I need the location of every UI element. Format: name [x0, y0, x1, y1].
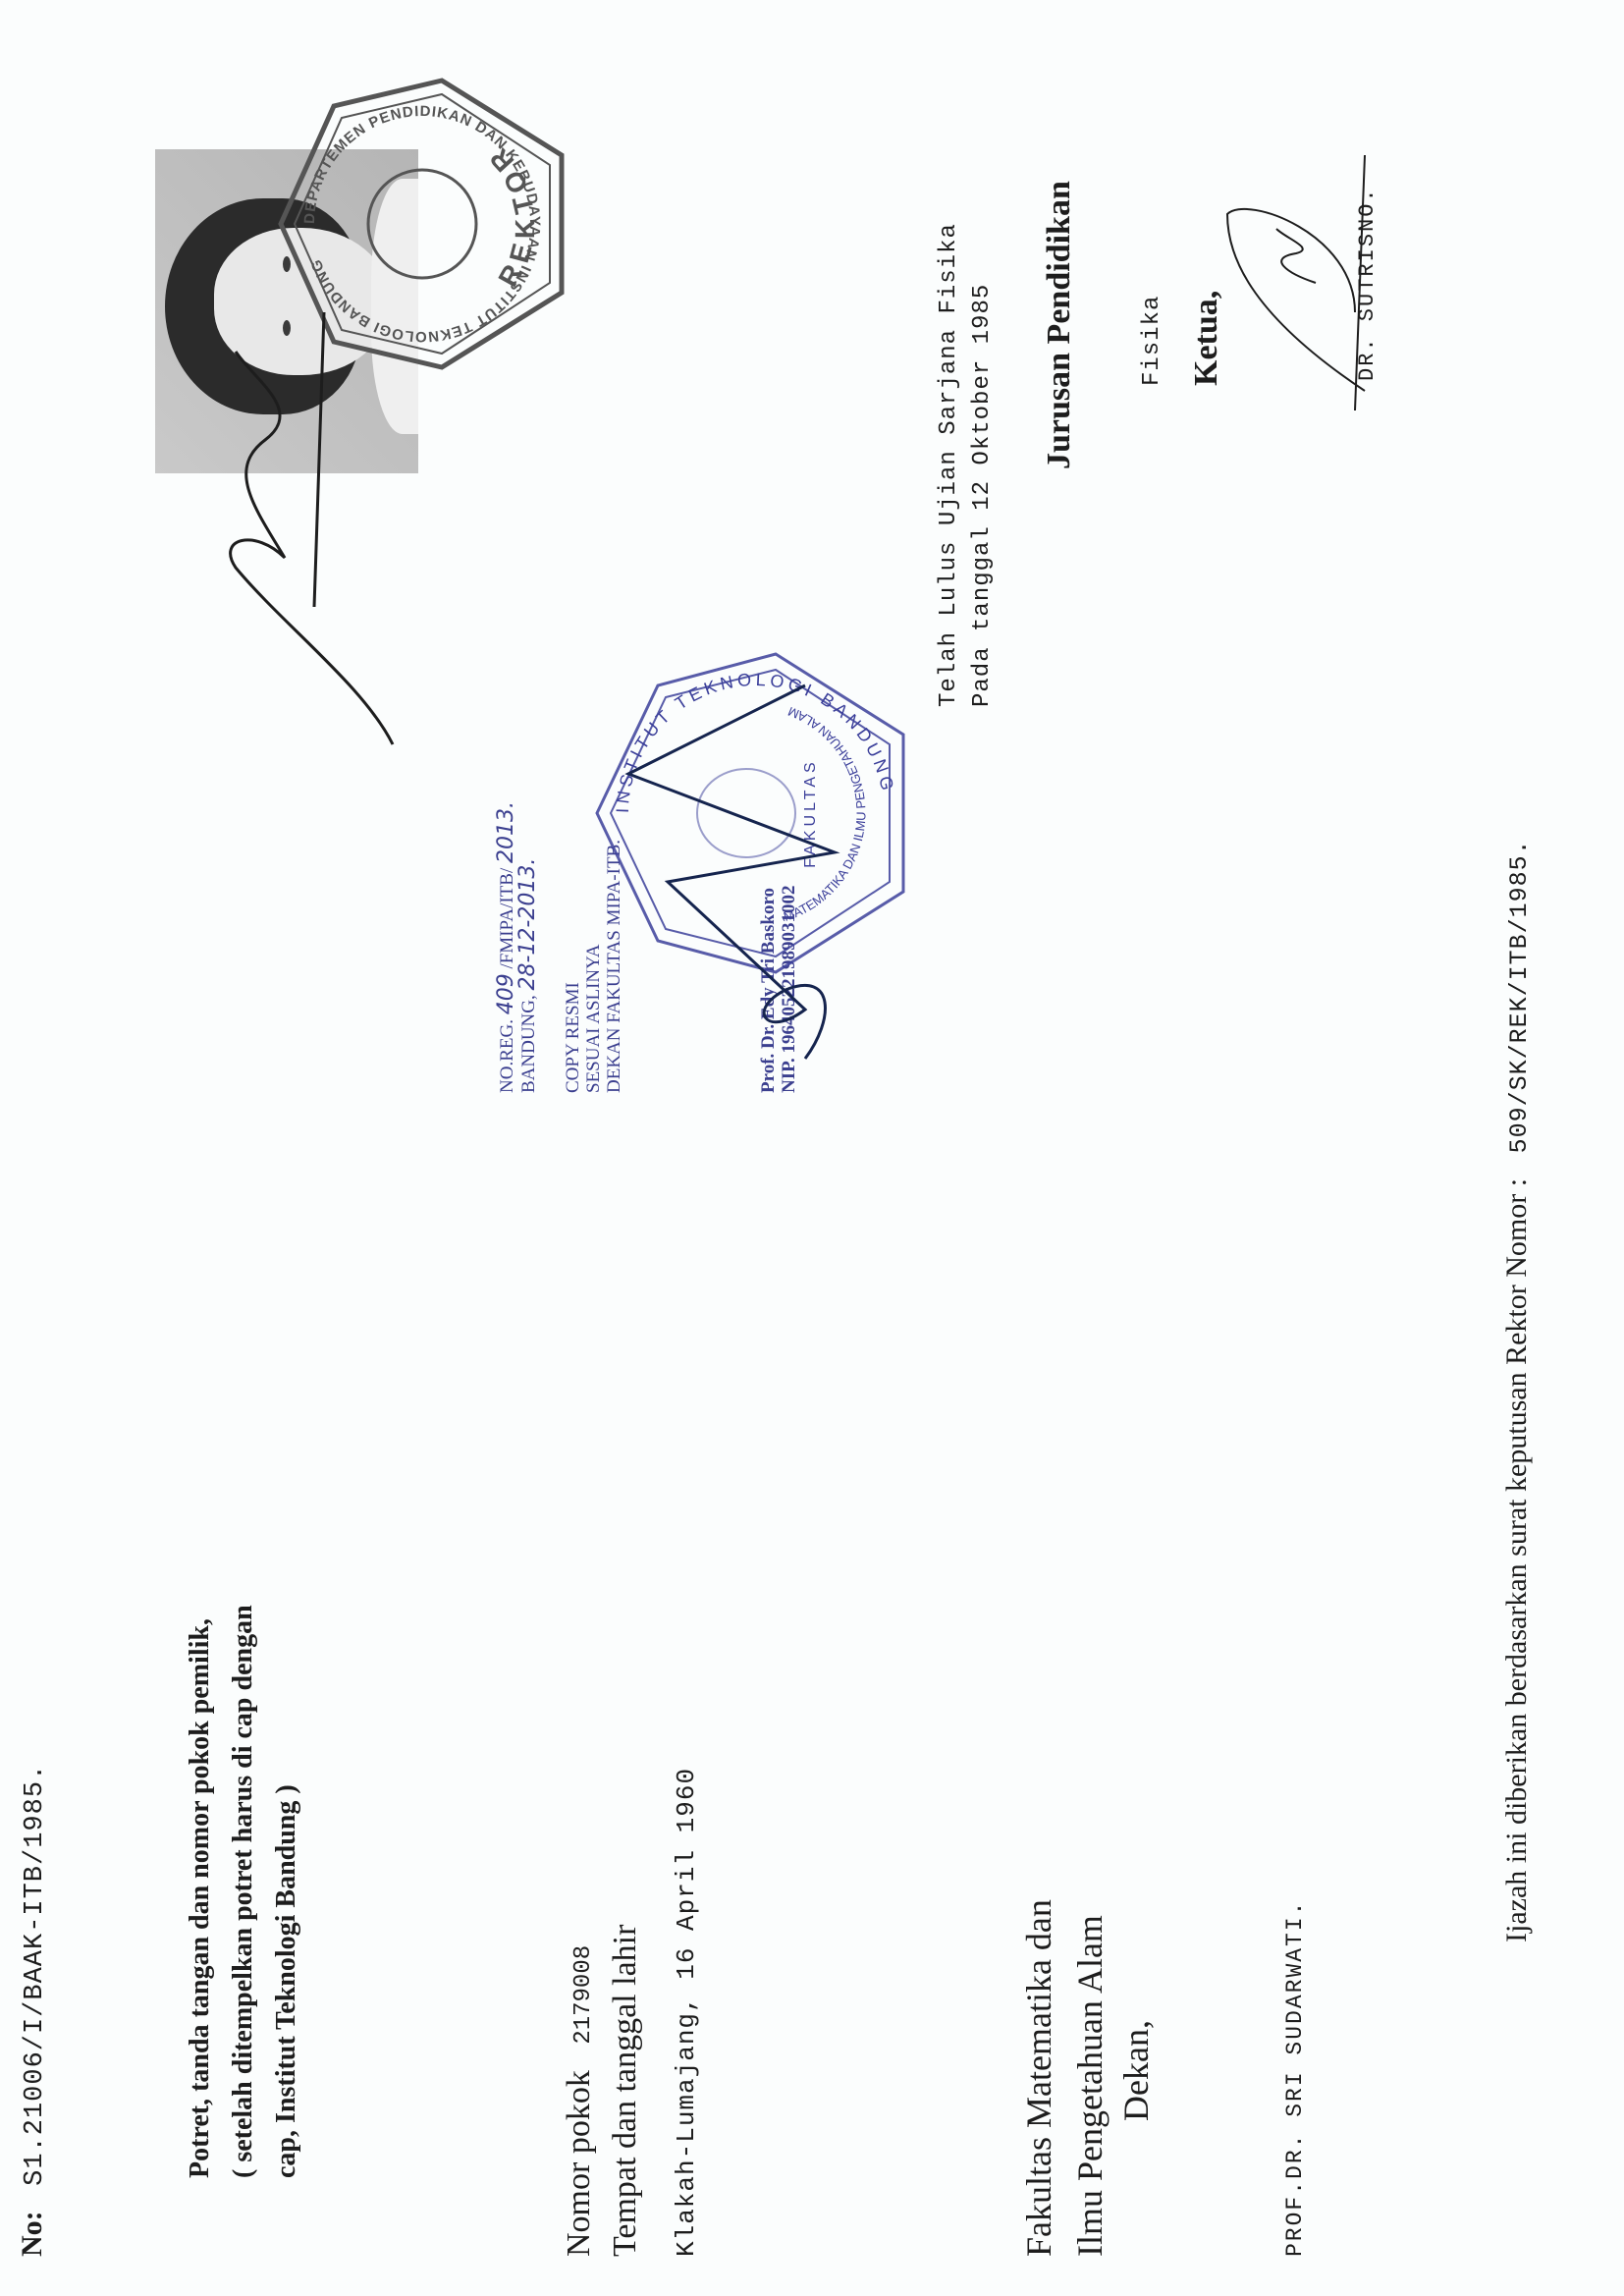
photo-caption: Potret, tanda tangan dan nomor pokok pem… [179, 1605, 308, 2178]
rector-stamp-label: REKTOR [478, 137, 540, 292]
birth-value: Klakah-Lumajang, 16 April 1960 [672, 1768, 701, 2257]
photo-caption-line: Potret, tanda tangan dan nomor pokok pem… [179, 1605, 222, 2178]
chair-signature [1208, 116, 1384, 430]
legalization-city: BANDUNG, [518, 995, 539, 1093]
department-label: Jurusan Pendidikan [1041, 181, 1078, 469]
faculty-line: Ilmu Pengetahuan Alam [1064, 1899, 1115, 2257]
faculty-name: Fakultas Matematika dan Ilmu Pengetahuan… [1013, 1899, 1115, 2257]
svg-text:REKTOR: REKTOR [478, 137, 540, 292]
reg-year: 2013. [494, 801, 518, 863]
decree-basis: Ijazah ini diberikan berdasarkan surat k… [1500, 839, 1534, 1942]
graduation-statement: Telah Lulus Ujian Sarjana Fisika Pada ta… [933, 223, 1000, 707]
reg-suffix: /FMIPA/ITB/ [497, 868, 517, 969]
diploma-document: No: S1.21006/I/BAAK-ITB/1985. Potret, ta… [0, 0, 1624, 2296]
decree-basis-text: Ijazah ini diberikan berdasarkan surat k… [1500, 1178, 1533, 1942]
certificate-number: No: S1.21006/I/BAAK-ITB/1985. [16, 1764, 50, 2257]
dean-name: PROF.DR. SRI SUDARWATI. [1282, 1900, 1308, 2257]
holder-signature [196, 293, 422, 764]
birth-label: Tempat dan tanggal lahir [607, 1925, 644, 2257]
legalization-signature [609, 666, 864, 1078]
graduation-line: Pada tanggal 12 Oktober 1985 [966, 223, 1000, 707]
certificate-number-label: No: [16, 2211, 48, 2257]
copy-line: COPY RESMI [563, 801, 583, 1093]
dean-title: Dekan, [1115, 2020, 1157, 2121]
student-id-value: 2179008 [570, 1945, 597, 2045]
graduation-line: Telah Lulus Ujian Sarjana Fisika [933, 223, 966, 707]
photo-caption-line: ( setelah ditempelkan potret harus di ca… [222, 1605, 265, 2178]
decree-number: 509/SK/REK/ITB/1985. [1505, 839, 1534, 1153]
student-id: Nomor pokok 2179008 [558, 1945, 606, 2257]
department-name: Fisika [1139, 296, 1165, 386]
legalization-date: 28-12-2013. [515, 858, 540, 991]
reg-label: NO.REG. [497, 1019, 517, 1093]
photo-caption-line: cap, Institut Teknologi Bandung ) [265, 1605, 308, 2178]
faculty-line: Fakultas Matematika dan [1013, 1899, 1064, 2257]
certificate-number-value: S1.21006/I/BAAK-ITB/1985. [21, 1764, 50, 2186]
student-id-label: Nomor pokok [561, 2070, 597, 2257]
